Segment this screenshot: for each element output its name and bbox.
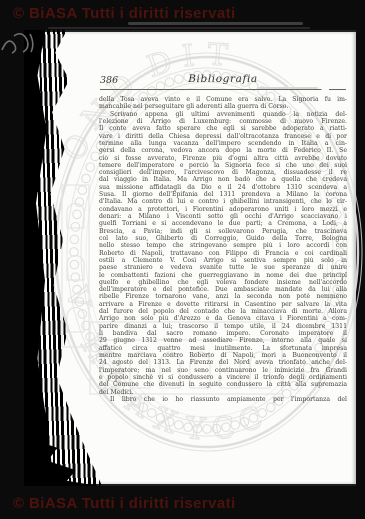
text-line: 29 giugno 1312 venne ad assediare Firenz…	[99, 337, 347, 344]
text-line: le combattenti fazioni che guerreggiavan…	[99, 272, 347, 279]
text-line: denari: a Milano i Visconti sotto gli oc…	[99, 213, 347, 220]
text-line: temere dell'imperatore e perciò la Signo…	[99, 162, 347, 169]
text-line: parire dinanzi a lui; trascorso il tempo…	[99, 323, 347, 330]
text-line: sua missione affidatagli da Dio e il 24 …	[99, 184, 347, 191]
text-line: vare i diritti della Chiesa depressi dal…	[99, 133, 347, 140]
text-line: 24 agosto del 1313. La Firenze del Nord …	[99, 359, 347, 366]
text-line: l'elezione di Arrigo di Luxemburg: commo…	[99, 118, 347, 125]
text-line: del Comune che divenuti in seguito condu…	[99, 381, 347, 388]
text-line: dal furore del popolo del contado che la…	[99, 308, 347, 315]
margin-scribble-artifact	[0, 28, 50, 58]
text-line: d'Italia. Ma contro di lui e contro i gh…	[99, 198, 347, 205]
text-line: termine alla lunga vacanza dell'impero s…	[99, 140, 347, 147]
text-line: ribelle Firenze tornarono vane, anzi la …	[99, 293, 347, 300]
text-line: consiglieri dell'impero, l'arcivescovo d…	[99, 169, 347, 176]
text-line: ostili a Clemente V. Così Arrigo si sent…	[99, 257, 347, 264]
text-line: Roberto di Napoli, trattavano con Filipp…	[99, 250, 347, 257]
text-line: dei Medici.	[99, 389, 347, 396]
text-line: col lato suo, Ghiberto di Correggio, Gui…	[99, 235, 347, 242]
text-line: dell'imperatore e del pontefice. Due amb…	[99, 286, 347, 293]
text-line: mancabile nel perseguitare gli aderenti …	[99, 103, 347, 110]
text-line: arrivare a Firenze e dovette ritirarsi i…	[99, 301, 347, 308]
text-line: ciò si fosse avverato, Firenze più d'ogn…	[99, 155, 347, 162]
text-line: della Tosa aveva vinto e il Comune era s…	[99, 96, 347, 103]
text-line: paese straniero e vedeva svanite tutte l…	[99, 264, 347, 271]
text-line: Susa. Il giorno dell'Epifania del 1311 p…	[99, 191, 347, 198]
text-line: Brescia, a Pavia; indi gli si sollevaron…	[99, 228, 347, 235]
header-rule	[100, 89, 346, 90]
text-line: e popolo sinché vi si condussero a vince…	[99, 374, 347, 381]
text-line: guelfo e ghibellino che egli voleva fond…	[99, 279, 347, 286]
text-line: nello stesso tempo che stringevano sempr…	[99, 242, 347, 249]
text-line: Il conte aveva fatto sperare che egli si…	[99, 125, 347, 132]
scanned-book-page-viewer: { "watermarks": { "top": "© BiASA Tutti …	[0, 0, 365, 519]
copyright-watermark-top: © BiASA Tutti i diritti riservati	[13, 5, 236, 22]
text-line: affaticò circa quattro mesi inutilmente.…	[99, 345, 347, 352]
text-line: Arrigo non solo più d'Arezzo e da Genova…	[99, 315, 347, 322]
body-text: della Tosa aveva vinto e il Comune era s…	[99, 96, 347, 403]
text-line: condavano a protettori, i Fiorentini ado…	[99, 206, 347, 213]
text-line: Il libro che io ho riassunto ampiamente …	[99, 396, 347, 403]
text-line: li bandiva dal sacro romano impero. Coro…	[99, 330, 347, 337]
copyright-watermark-bottom: © BiASA Tutti i diritti riservati	[13, 495, 236, 512]
text-line: l'imperatore; ma nel suo seno continuaro…	[99, 367, 347, 374]
text-line: mentre marciava contro Roberto di Napoli…	[99, 352, 347, 359]
text-line: guelfi Torriani e si accendevano le due …	[99, 220, 347, 227]
text-line: dal viaggio in Italia. Ma Arrigo non bad…	[99, 176, 347, 183]
running-head-title: Bibliografia	[99, 73, 347, 85]
text-line: gersi della corona, vedova ancora dopo l…	[99, 147, 347, 154]
text-line: Scrivano appena gli ultimi avvenimenti q…	[99, 111, 347, 118]
